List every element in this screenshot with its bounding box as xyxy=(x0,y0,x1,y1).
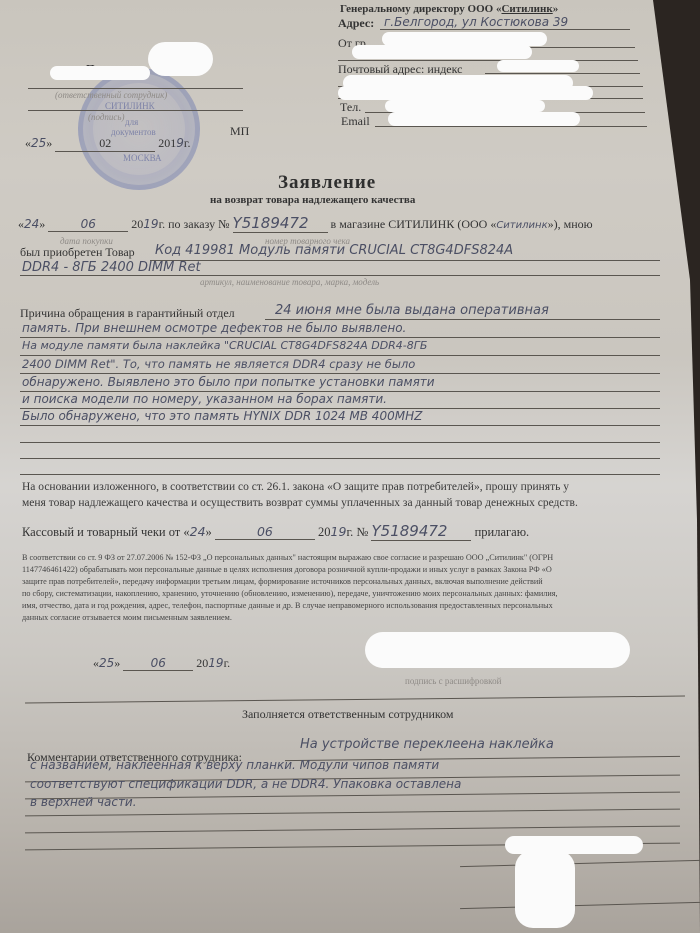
comment-line-3[interactable]: в верхней части. xyxy=(30,795,137,809)
signature-year-suffix[interactable]: 19 xyxy=(208,656,223,670)
product-line-1 xyxy=(150,260,660,261)
reason-line-3[interactable]: 2400 DIMM Ret". То, что память не являет… xyxy=(22,357,415,371)
redacted-signature xyxy=(365,632,630,668)
signature-date: «25» 06 2019г. xyxy=(93,656,230,671)
product-value-2[interactable]: DDR4 - 8ГБ 2400 DIMM Ret xyxy=(22,260,201,275)
postal-index-line xyxy=(485,73,640,74)
redacted-received xyxy=(50,66,150,80)
received-year-end: г. xyxy=(184,136,191,150)
product-line-2 xyxy=(20,275,660,276)
mp-label: МП xyxy=(230,124,249,139)
signature-caption: подпись с расшифровкой xyxy=(405,676,501,686)
addressee-label: Генеральному директору ООО « xyxy=(340,3,501,15)
signature-day[interactable]: 25 xyxy=(99,656,114,670)
redacted-name-2 xyxy=(352,45,532,59)
addressee-end: » xyxy=(553,3,559,15)
reason-line-6[interactable]: Было обнаружено, что это память HYNIX DD… xyxy=(22,409,422,423)
receipts-year-suffix[interactable]: 19 xyxy=(331,524,347,539)
receipts-end: прилагаю. xyxy=(475,525,530,539)
reason-label: Причина обращения в гарантийный отдел xyxy=(20,306,235,321)
product-value-1[interactable]: Код 419981 Модуль памяти CRUCIAL CT8G4DF… xyxy=(155,243,513,258)
receipts-label: Кассовый и товарный чеки от « xyxy=(22,525,190,539)
comment-line-1[interactable]: с названием, наклеенная к верху планки. … xyxy=(30,758,439,772)
receipts-line: Кассовый и товарный чеки от «24» 06 2019… xyxy=(22,522,529,541)
signature-month[interactable]: 06 xyxy=(123,656,193,671)
reason-line-5[interactable]: и поиска модели по номеру, указанном на … xyxy=(22,392,387,406)
signature-line xyxy=(28,110,243,111)
email-line xyxy=(375,126,647,127)
received-month[interactable]: 02 xyxy=(55,136,155,152)
received-year-prefix: 201 xyxy=(158,136,176,150)
signature-caption: (подпись) xyxy=(88,112,125,122)
receipts-day-end: » xyxy=(206,525,212,539)
receipts-year-prefix: 20 xyxy=(318,525,331,539)
employee-section-title: Заполняется ответственным сотрудником xyxy=(242,707,454,722)
stamp-text-mid: для xyxy=(125,117,138,127)
reason-line-0[interactable]: 24 июня мне была выдана оперативная xyxy=(275,303,549,318)
received-date: «25» 02 2019г. xyxy=(25,136,191,152)
order-number[interactable]: Y5189472 xyxy=(233,214,328,233)
comment-line-2[interactable]: соответствуют спецификации DDR, а не DDR… xyxy=(30,777,461,791)
receipts-day[interactable]: 24 xyxy=(190,524,206,539)
consent-line-1: 1147746461422) обрабатывать мои персонал… xyxy=(22,565,552,574)
reason-line-1[interactable]: память. При внешнем осмотре дефектов не … xyxy=(22,321,406,335)
address-label: Адрес: xyxy=(338,16,374,31)
store-end: »), мною xyxy=(548,217,593,231)
comment-line-0[interactable]: На устройстве переклеена наклейка xyxy=(300,737,554,752)
request-text-1: На основании изложенного, в соответствии… xyxy=(22,481,569,493)
employee-line xyxy=(28,88,243,89)
signature-year-end: г. xyxy=(224,656,231,670)
redacted-name xyxy=(382,32,547,46)
page-title: Заявление xyxy=(278,172,376,194)
product-label: был приобретен Товар xyxy=(20,245,135,260)
addressee-line: Генеральному директору ООО «Ситилинк» xyxy=(340,3,558,15)
phone-label: Тел. xyxy=(340,100,361,115)
stamp-text-city: МОСКВА xyxy=(123,153,162,163)
redacted-address-2 xyxy=(338,86,593,100)
order-label: г. по заказу № xyxy=(159,217,230,231)
store-value[interactable]: Ситилинк xyxy=(496,220,547,231)
consent-line-3: по сбору, систематизации, накоплению, хр… xyxy=(22,589,558,598)
receipts-month[interactable]: 06 xyxy=(215,524,315,540)
company-name: Ситилинк xyxy=(501,3,552,15)
store-label: в магазине СИТИЛИНК (ООО « xyxy=(331,217,497,231)
purchase-year-suffix[interactable]: 19 xyxy=(143,217,158,231)
reason-line-2[interactable]: На модуле памяти была наклейка "CRUCIAL … xyxy=(22,339,427,352)
page-subtitle: на возврат товара надлежащего качества xyxy=(210,194,415,206)
employee-caption: (ответственный сотрудник) xyxy=(55,90,167,100)
receipts-number[interactable]: Y5189472 xyxy=(371,522,471,541)
email-label: Email xyxy=(341,114,370,129)
consent-line-2: защите прав потребителей», передачу инфо… xyxy=(22,577,543,586)
consent-line-4: имя, отчество, дата и год рождения, адре… xyxy=(22,601,553,610)
redacted-email xyxy=(388,112,580,126)
signature-year-prefix: 20 xyxy=(196,656,208,670)
redacted-index xyxy=(497,60,579,72)
purchase-day[interactable]: 24 xyxy=(24,217,39,231)
received-year-suffix[interactable]: 9 xyxy=(176,136,184,150)
purchase-year-prefix: 20 xyxy=(131,217,143,231)
from-line-2 xyxy=(338,60,638,61)
caption-product: артикул, наименование товара, марка, мод… xyxy=(200,277,379,287)
consent-line-0: В соответствии со ст. 9 ФЗ от 27.07.2006… xyxy=(22,553,553,562)
address-line xyxy=(380,29,630,30)
reason-line-4[interactable]: обнаружено. Выявлено это было при попытк… xyxy=(22,375,435,389)
redacted-received-2 xyxy=(148,42,213,76)
purchase-line: «24» 06 2019г. по заказу № Y5189472 в ма… xyxy=(18,214,593,233)
consent-line-5: данных согласие отзывается моим письменн… xyxy=(22,613,232,622)
redacted-employee-sig-2 xyxy=(515,850,575,928)
received-day[interactable]: 25 xyxy=(31,136,46,150)
address-value[interactable]: г.Белгород, ул Костюкова 39 xyxy=(384,15,568,29)
company-stamp: СИТИЛИНК для документов МОСКВА xyxy=(78,68,200,190)
receipts-number-label: г. № xyxy=(346,525,368,539)
purchase-month[interactable]: 06 xyxy=(48,217,128,232)
redacted-phone xyxy=(385,100,545,112)
request-text-2: меня товар надлежащего качества и осущес… xyxy=(22,497,578,509)
